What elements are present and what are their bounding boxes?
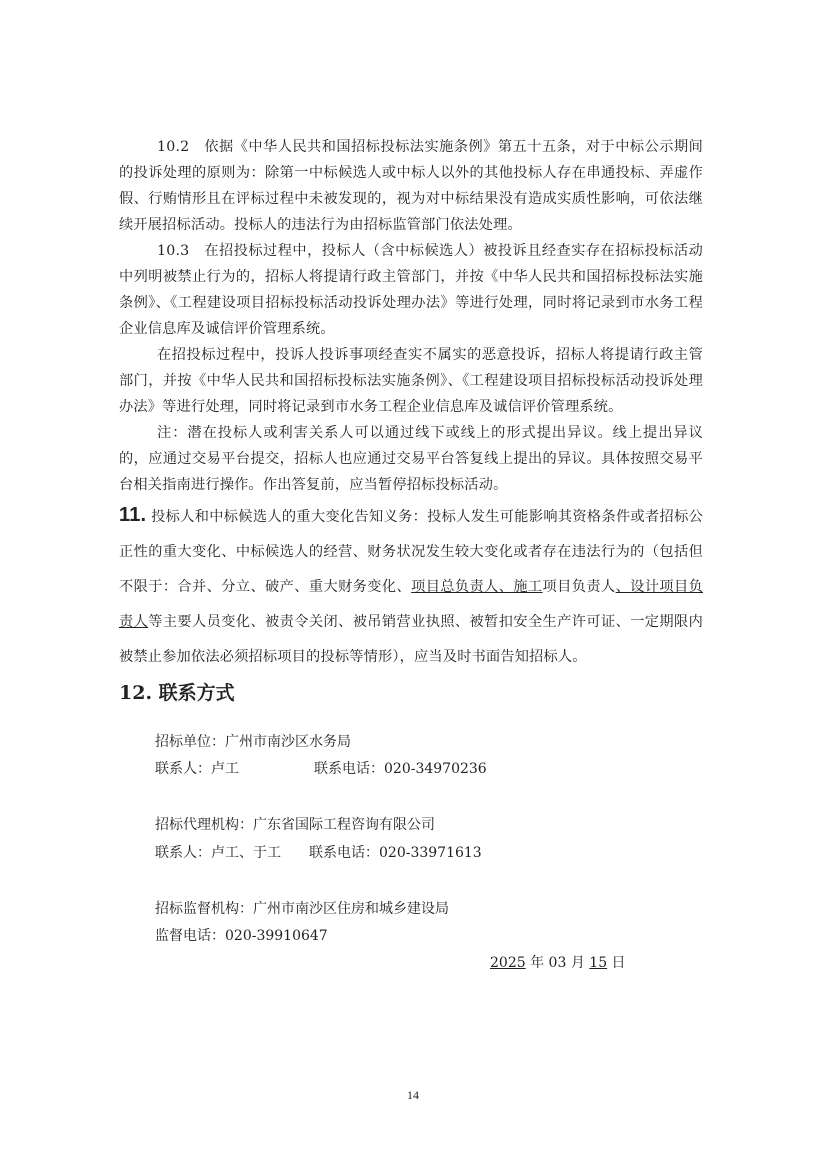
tenderer-unit: 招标单位：广州市南沙区水务局 <box>155 732 351 752</box>
year: 2025 <box>490 955 526 971</box>
section-11-text: 等主要人员变化、被责令关闭、被吊销营业执照、被暂扣安全生产许可证、一定期限内被禁… <box>119 614 703 665</box>
paragraph-note: 注：潜在投标人或利害关系人可以通过线下或线上的形式提出异议。线上提出异议的，应通… <box>119 420 703 498</box>
document-date: 2025 年 03 月 15 日 <box>490 952 626 972</box>
value: 广州市南沙区水务局 <box>225 734 351 750</box>
phone-value: 020-39910647 <box>225 928 328 944</box>
year-suffix: 年 <box>526 955 549 971</box>
page-number: 14 <box>0 1088 826 1103</box>
label: 联系人： <box>155 845 211 861</box>
label: 联系电话： <box>314 761 384 777</box>
day: 15 <box>589 955 607 971</box>
month-suffix: 月 <box>566 955 589 971</box>
document-page: 10.2 依据《中华人民共和国招标投标法实施条例》第五十五条，对于中标公示期间的… <box>0 0 826 1169</box>
day-suffix: 日 <box>607 955 625 971</box>
tenderer-contact: 联系人：卢工联系电话：020-34970236 <box>155 759 487 779</box>
agency-unit: 招标代理机构：广东省国际工程咨询有限公司 <box>155 815 435 835</box>
section-12-heading: 12. 联系方式 <box>119 678 235 705</box>
agency-contact: 联系人：卢工、于工联系电话：020-33971613 <box>155 843 482 863</box>
section-11-text: 项目负责人 <box>543 579 616 595</box>
label: 招标单位： <box>155 734 225 750</box>
section-11-number: 11. <box>119 504 146 526</box>
supervisor-unit: 招标监督机构：广州市南沙区住房和城乡建设局 <box>155 899 449 919</box>
label: 联系人： <box>155 761 211 777</box>
value: 卢工 <box>211 761 239 777</box>
paragraph-malicious-complaint: 在招投标过程中，投诉人投诉事项经查实不属实的恶意投诉，招标人将提请行政主管部门，… <box>119 342 703 420</box>
label: 监督电话： <box>155 928 225 944</box>
month: 03 <box>549 955 567 971</box>
value: 卢工、于工 <box>211 845 281 861</box>
value: 广东省国际工程咨询有限公司 <box>253 817 435 833</box>
label: 联系电话： <box>309 845 379 861</box>
label: 招标监督机构： <box>155 901 253 917</box>
label: 招标代理机构： <box>155 817 253 833</box>
underlined-text: 项目总负责人、施工 <box>411 579 542 595</box>
paragraph-10-2: 10.2 依据《中华人民共和国招标投标法实施条例》第五十五条，对于中标公示期间的… <box>119 134 703 238</box>
paragraph-10-3: 10.3 在招投标过程中，投标人（含中标候选人）被投诉且经查实存在招标投标活动中… <box>119 238 703 342</box>
value: 广州市南沙区住房和城乡建设局 <box>253 901 449 917</box>
phone-value: 020-34970236 <box>384 761 487 777</box>
section-11: 11. 投标人和中标候选人的重大变化告知义务：投标人发生可能影响其资格条件或者招… <box>119 498 703 675</box>
phone-value: 020-33971613 <box>379 845 482 861</box>
supervisor-phone: 监督电话：020-39910647 <box>155 926 328 946</box>
